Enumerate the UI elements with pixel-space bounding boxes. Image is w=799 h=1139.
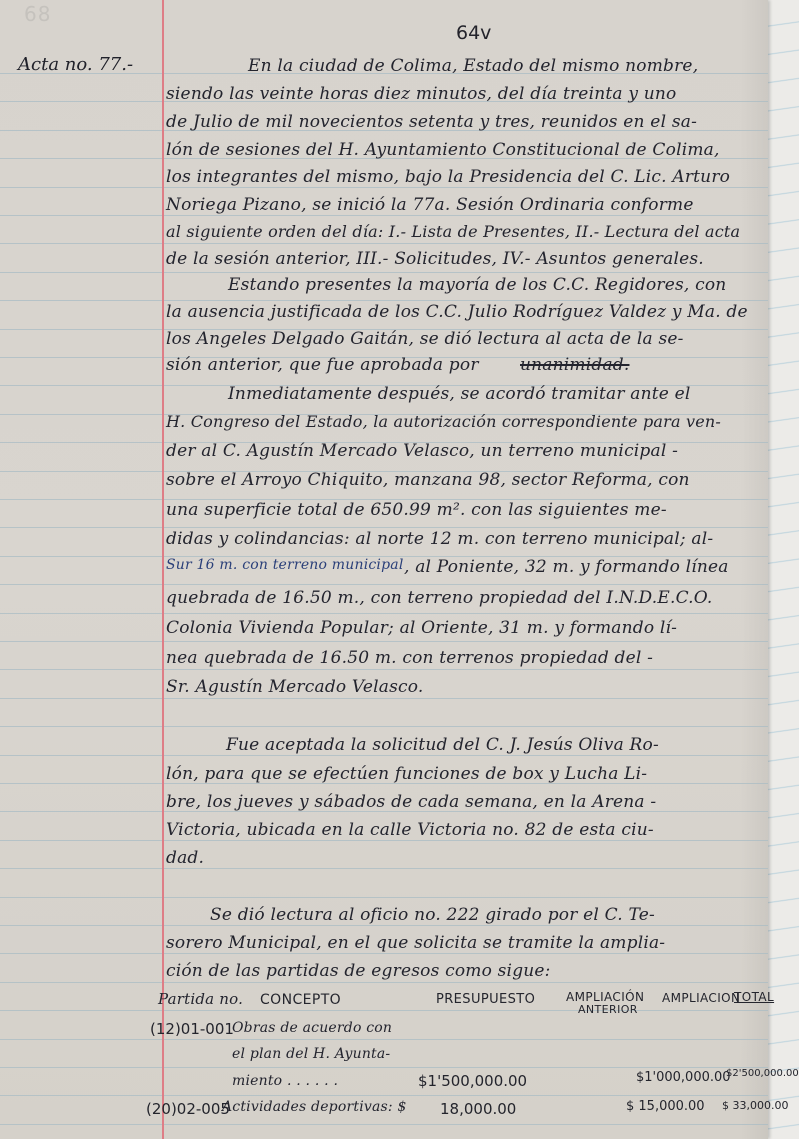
text-line: los integrantes del mismo, bajo la Presi… — [166, 167, 730, 187]
rule-line — [0, 613, 768, 614]
row-concepto: el plan del H. Ayunta- — [232, 1046, 390, 1062]
header-concepto: CONCEPTO — [260, 992, 341, 1008]
header-ampliacion-anterior: AMPLIACIÓN — [566, 990, 644, 1004]
rule-line — [0, 527, 768, 528]
header-ampliacion: AMPLIACION — [662, 991, 740, 1005]
row-partida: (20)02-005 — [146, 1100, 230, 1118]
text-line: H. Congreso del Estado, la autorización … — [166, 412, 721, 431]
rule-line — [0, 1039, 768, 1040]
rule-line — [0, 840, 768, 841]
rule-line — [0, 1095, 768, 1096]
text-line: lón de sesiones del H. Ayuntamiento Cons… — [166, 140, 720, 160]
header-presupuesto: PRESUPUESTO — [436, 992, 535, 1007]
rule-line — [0, 641, 768, 642]
rule-line — [0, 584, 768, 585]
text-line: de la sesión anterior, III.- Solicitudes… — [166, 249, 704, 269]
row-presupuesto: $1'500,000.00 — [418, 1072, 527, 1090]
rule-line — [0, 897, 768, 898]
text-line: Victoria, ubicada en la calle Victoria n… — [166, 820, 654, 840]
text-line: sión anterior, que fue aprobada por — [166, 355, 479, 375]
rule-line — [0, 755, 768, 756]
rule-line — [0, 1124, 768, 1125]
rule-line — [0, 187, 768, 188]
text-line: sobre el Arroyo Chiquito, manzana 98, se… — [166, 470, 690, 490]
text-line: , al Poniente, 32 m. y formando línea — [404, 557, 729, 577]
text-line: dad. — [166, 848, 204, 868]
text-line: lón, para que se efectúen funciones de b… — [166, 764, 647, 784]
rule-line — [0, 669, 768, 670]
rule-line — [0, 272, 768, 273]
text-line: nea quebrada de 16.50 m. con terrenos pr… — [166, 648, 653, 668]
rule-line — [0, 698, 768, 699]
rule-line — [0, 726, 768, 727]
rule-line — [0, 868, 768, 869]
rule-line — [0, 300, 768, 301]
text-line: Se dió lectura al oficio no. 222 girado … — [210, 905, 655, 925]
text-line: siendo las veinte horas diez minutos, de… — [166, 84, 676, 104]
text-line: En la ciudad de Colima, Estado del mismo… — [248, 56, 698, 76]
rule-line — [0, 215, 768, 216]
text-line: una superficie total de 650.99 m². con l… — [166, 500, 667, 520]
text-line: Colonia Vivienda Popular; al Oriente, 31… — [166, 618, 677, 638]
rule-line — [0, 243, 768, 244]
row-ampliacion: $1'000,000.00 — [636, 1070, 731, 1085]
text-line: la ausencia justificada de los C.C. Juli… — [166, 302, 748, 322]
row-partida: (12)01-001 — [150, 1020, 234, 1038]
text-line: sorero Municipal, en el que solicita se … — [166, 933, 665, 953]
text-line: Fue aceptada la solicitud del C. J. Jesú… — [226, 735, 659, 755]
row-total: $2'500,000.00 — [726, 1068, 799, 1079]
text-line: bre, los jueves y sábados de cada semana… — [166, 792, 656, 812]
text-line: de Julio de mil novecientos setenta y tr… — [166, 112, 697, 132]
row-total: $ 33,000.00 — [722, 1099, 788, 1112]
red-margin-line — [162, 0, 164, 1139]
text-line: quebrada de 16.50 m., con terreno propie… — [166, 588, 713, 608]
text-line: der al C. Agustín Mercado Velasco, un te… — [166, 441, 678, 461]
struck-word: unanimidad. — [520, 355, 629, 375]
rule-line — [0, 982, 768, 983]
rule-line — [0, 1010, 768, 1011]
folio-number: 64v — [456, 22, 491, 44]
row-concepto: Actividades deportivas: $ — [222, 1099, 407, 1115]
header-ampliacion-anterior-2: ANTERIOR — [578, 1003, 638, 1016]
text-line: Inmediatamente después, se acordó tramit… — [228, 384, 691, 404]
faint-page-number: 68 — [24, 2, 51, 26]
text-line: ción de las partidas de egresos como sig… — [166, 961, 551, 981]
row-concepto: Obras de acuerdo con — [232, 1020, 392, 1036]
blue-ink-insert: Sur 16 m. con terreno municipal — [166, 557, 404, 573]
text-line: al siguiente orden del día: I.- Lista de… — [166, 222, 740, 241]
rule-line — [0, 953, 768, 954]
text-line: Sr. Agustín Mercado Velasco. — [166, 677, 423, 697]
row-ampliacion: $ 15,000.00 — [626, 1099, 705, 1114]
text-line: Estando presentes la mayoría de los C.C.… — [228, 275, 726, 295]
text-line: los Angeles Delgado Gaitán, se dió lectu… — [166, 329, 684, 349]
acta-margin-note: Acta no. 77.- — [18, 54, 133, 75]
text-line: Noriega Pizano, se inició la 77a. Sesión… — [166, 195, 694, 215]
text-line: didas y colindancias: al norte 12 m. con… — [166, 529, 713, 549]
row-presupuesto: 18,000.00 — [440, 1100, 516, 1118]
header-total: TOTAL — [734, 990, 774, 1004]
rule-line — [0, 925, 768, 926]
rule-line — [0, 1067, 768, 1068]
header-partida: Partida no. — [158, 990, 243, 1008]
row-concepto: miento . . . . . . — [232, 1073, 338, 1089]
